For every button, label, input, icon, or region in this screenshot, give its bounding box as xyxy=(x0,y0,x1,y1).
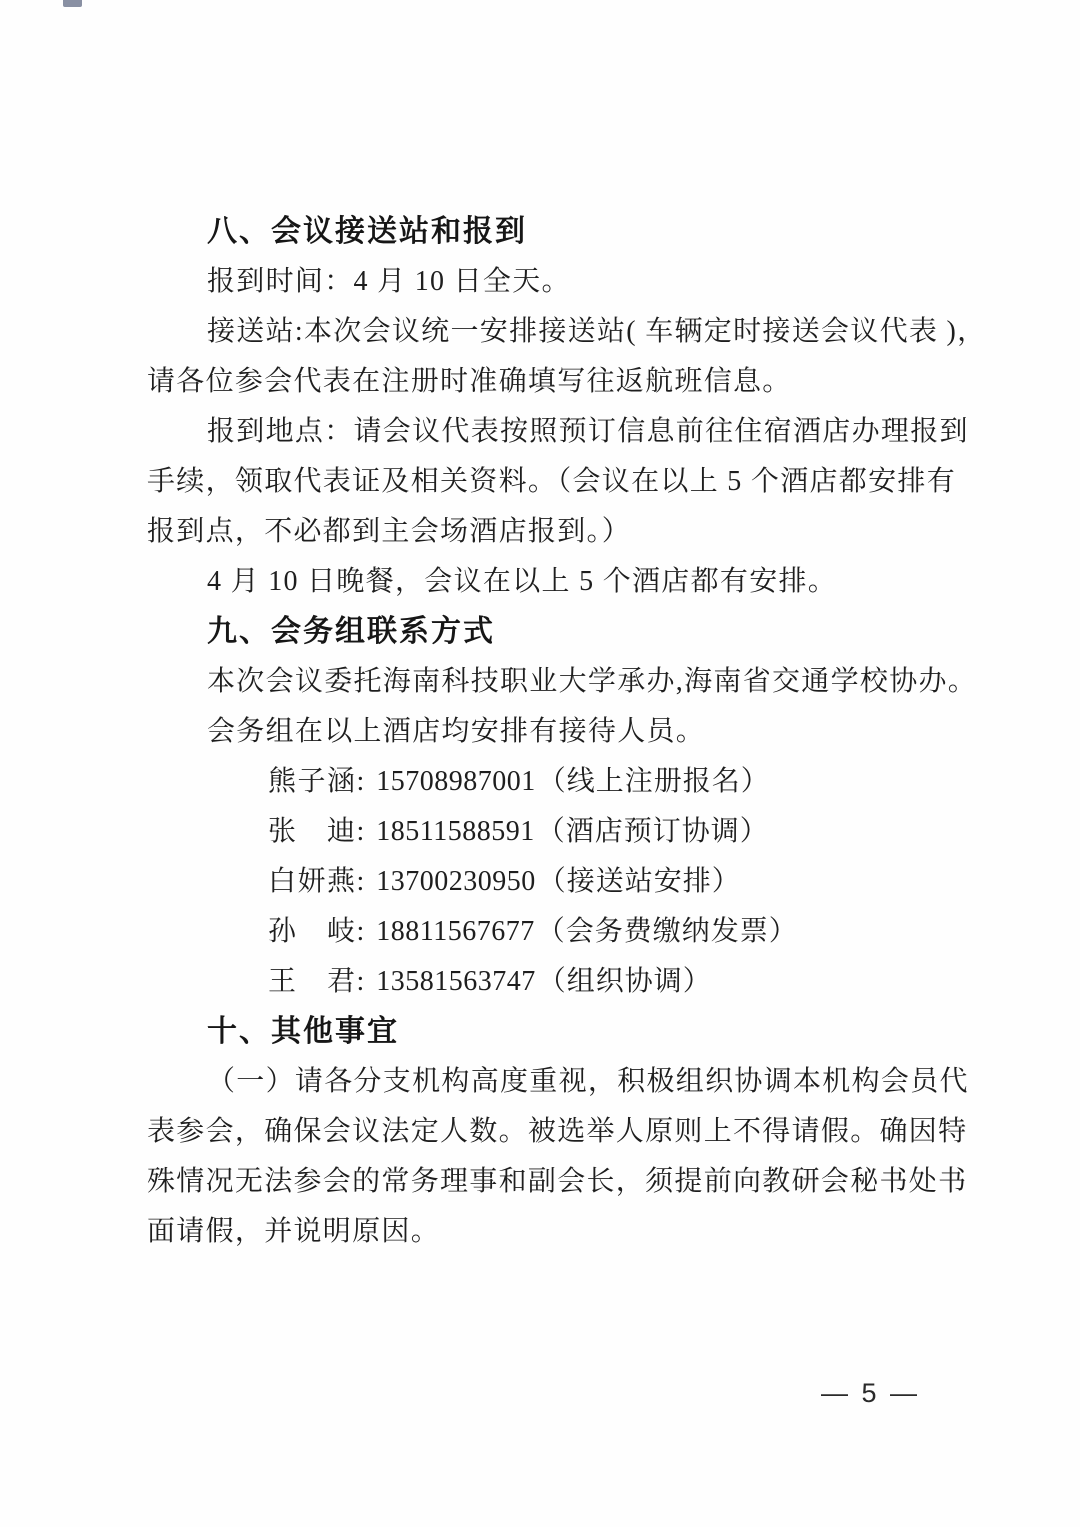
contact-phone: 18811567677 xyxy=(374,916,536,947)
contact-name: 白妍燕: xyxy=(268,866,374,897)
section-heading: 八、会议接送站和报到 xyxy=(147,207,952,257)
text-line: 4 月 10 日晚餐，会议在以上 5 个酒店都有安排。 xyxy=(147,557,952,607)
text-line: 殊情况无法参会的常务理事和副会长，须提前向教研会秘书处书 xyxy=(147,1157,952,1207)
scanned-document-page: 八、会议接送站和报到报到时间：4 月 10 日全天。接送站:本次会议统一安排接送… xyxy=(0,0,1080,1527)
contact-line: 王 君: 13581563747（组织协调） xyxy=(147,957,952,1007)
contact-line: 孙 岐: 18811567677（会务费缴纳发票） xyxy=(147,907,952,957)
contact-note: （组织协调） xyxy=(538,966,712,997)
contact-note: （会务费缴纳发票） xyxy=(537,916,798,947)
contact-name: 熊子涵: xyxy=(268,766,374,797)
document-lines: 八、会议接送站和报到报到时间：4 月 10 日全天。接送站:本次会议统一安排接送… xyxy=(147,207,952,1257)
page-number: — 5 — xyxy=(821,1378,920,1409)
contact-line: 熊子涵: 15708987001（线上注册报名） xyxy=(147,757,952,807)
text-line: 接送站:本次会议统一安排接送站( 车辆定时接送会议代表 )， xyxy=(147,307,952,357)
contact-phone: 15708987001 xyxy=(374,766,538,797)
text-line: 请各位参会代表在注册时准确填写往返航班信息。 xyxy=(147,357,952,407)
contact-phone: 13700230950 xyxy=(374,866,538,897)
text-line: 本次会议委托海南科技职业大学承办,海南省交通学校协办。 xyxy=(147,657,952,707)
contact-phone: 13581563747 xyxy=(374,966,538,997)
contact-phone: 18511588591 xyxy=(374,816,536,847)
text-line: 报到点，不必都到主会场酒店报到。） xyxy=(147,507,952,557)
text-line: （一）请各分支机构高度重视，积极组织协调本机构会员代 xyxy=(147,1057,952,1107)
contact-name: 张 迪: xyxy=(268,816,374,847)
contact-note: （酒店预订协调） xyxy=(537,816,769,847)
section-heading: 九、会务组联系方式 xyxy=(147,607,952,657)
contact-note: （线上注册报名） xyxy=(538,766,770,797)
contact-name: 孙 岐: xyxy=(268,916,374,947)
section-heading: 十、其他事宜 xyxy=(147,1007,952,1057)
contact-note: （接送站安排） xyxy=(538,866,741,897)
contact-name: 王 君: xyxy=(268,966,374,997)
scan-artifact-mark xyxy=(63,0,82,7)
text-line: 表参会，确保会议法定人数。被选举人原则上不得请假。确因特 xyxy=(147,1107,952,1157)
text-line: 报到时间：4 月 10 日全天。 xyxy=(147,257,952,307)
text-line: 面请假，并说明原因。 xyxy=(147,1207,952,1257)
text-line: 报到地点：请会议代表按照预订信息前往住宿酒店办理报到 xyxy=(147,407,952,457)
text-line: 会务组在以上酒店均安排有接待人员。 xyxy=(147,707,952,757)
text-line: 手续，领取代表证及相关资料。（会议在以上 5 个酒店都安排有 xyxy=(147,457,952,507)
contact-line: 张 迪: 18511588591（酒店预订协调） xyxy=(147,807,952,857)
contact-line: 白妍燕: 13700230950（接送站安排） xyxy=(147,857,952,907)
